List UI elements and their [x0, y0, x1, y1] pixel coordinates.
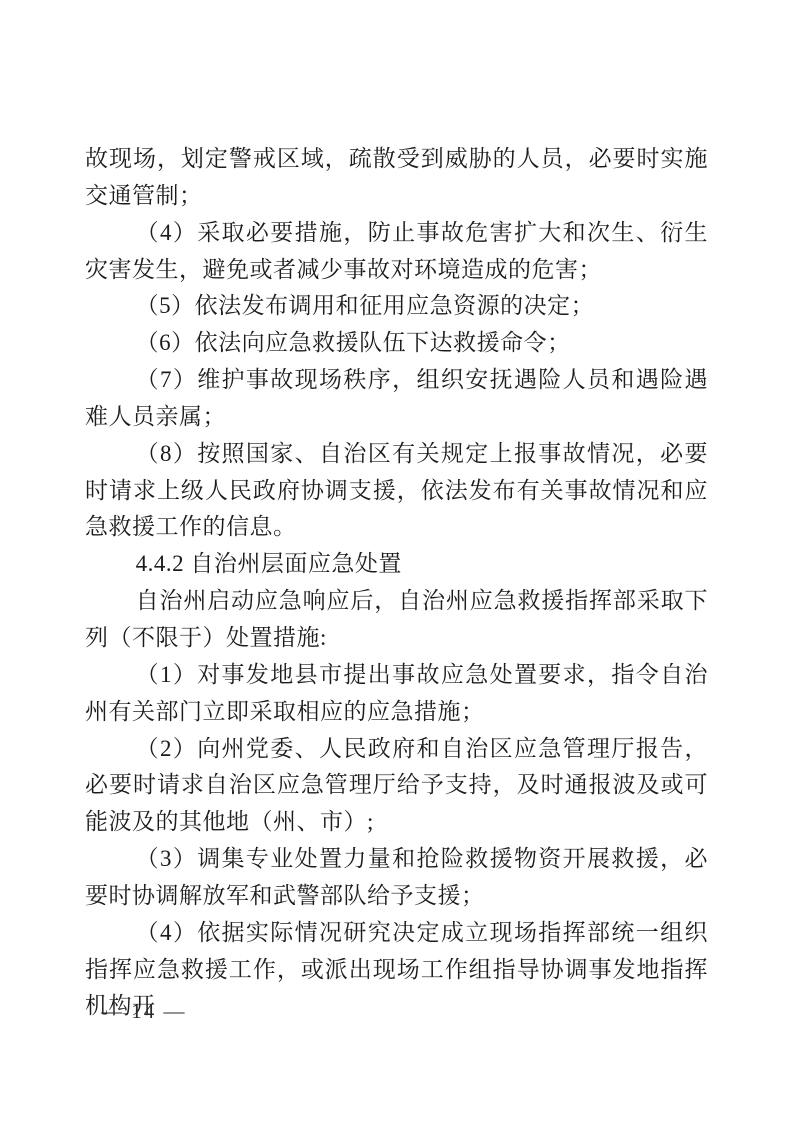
- paragraph: （8）按照国家、自治区有关规定上报事故情况，必要时请求上级人民政府协调支援，依法…: [85, 436, 708, 547]
- paragraph: （3）调集专业处置力量和抢险救援物资开展救援，必要时协调解放军和武警部队给予支援…: [85, 841, 708, 915]
- paragraph: 故现场，划定警戒区域，疏散受到威胁的人员，必要时实施交通管制；: [85, 141, 708, 215]
- paragraph: （6）依法向应急救援队伍下达救援命令；: [85, 325, 708, 362]
- paragraph: （4）采取必要措施，防止事故危害扩大和次生、衍生灾害发生，避免或者减少事故对环境…: [85, 215, 708, 289]
- paragraph: （5）依法发布调用和征用应急资源的决定；: [85, 288, 708, 325]
- paragraph: 自治州启动应急响应后，自治州应急救援指挥部采取下列（不限于）处置措施:: [85, 583, 708, 657]
- paragraph: （1）对事发地县市提出事故应急处置要求，指令自治州有关部门立即采取相应的应急措施…: [85, 657, 708, 731]
- page-number: — 14 —: [101, 999, 187, 1024]
- section-heading: 4.4.2 自治州层面应急处置: [85, 546, 708, 583]
- document-page: 故现场，划定警戒区域，疏散受到威胁的人员，必要时实施交通管制； （4）采取必要措…: [0, 0, 793, 1122]
- paragraph: （7）维护事故现场秩序，组织安抚遇险人员和遇险遇难人员亲属；: [85, 362, 708, 436]
- page-body-text: 故现场，划定警戒区域，疏散受到威胁的人员，必要时实施交通管制； （4）采取必要措…: [85, 141, 708, 1025]
- paragraph: （2）向州党委、人民政府和自治区应急管理厅报告，必要时请求自治区应急管理厅给予支…: [85, 731, 708, 842]
